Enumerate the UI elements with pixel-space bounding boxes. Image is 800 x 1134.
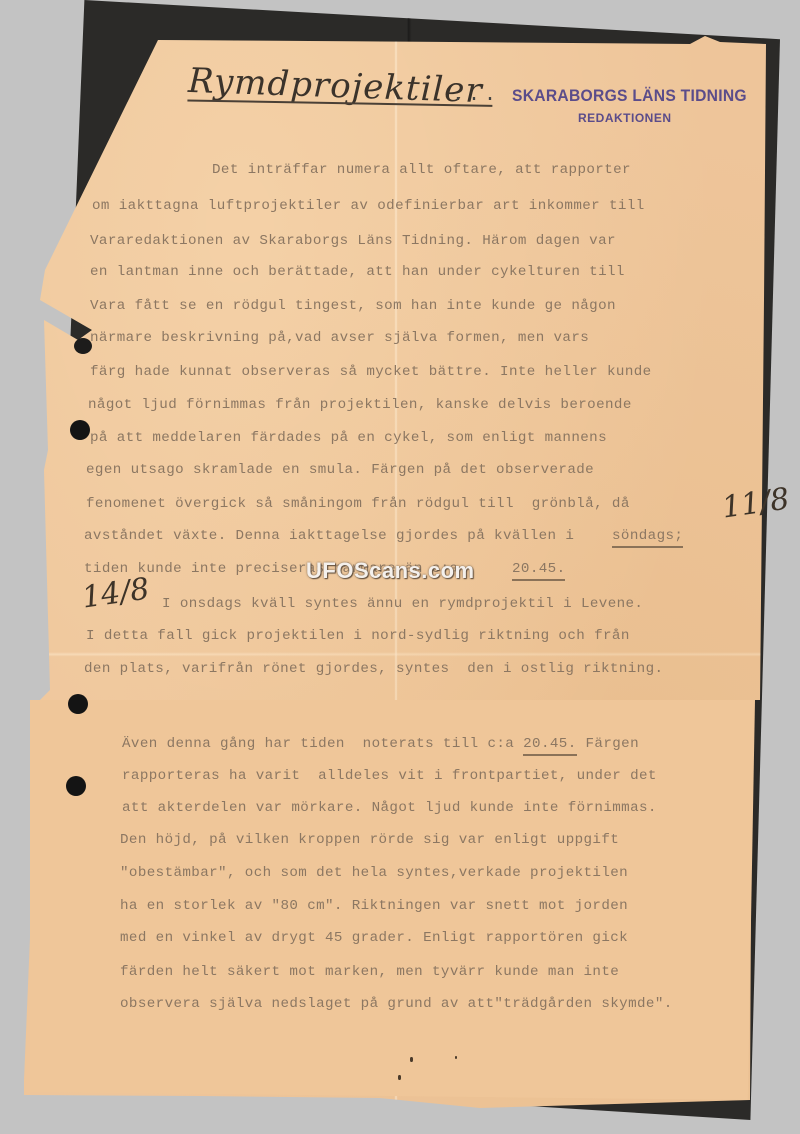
text-line: med en vinkel av drygt 45 grader. Enligt…	[120, 930, 628, 946]
stamp-department: REDAKTIONEN	[578, 111, 672, 125]
ink-speck	[455, 1056, 457, 1059]
ink-speck	[410, 1057, 413, 1062]
text-line: rapporteras ha varit alldeles vit i fron…	[122, 768, 657, 784]
text-line: ha en storlek av "80 cm". Riktningen var…	[120, 898, 628, 914]
text-line: om iakttagna luftprojektiler av odefinie…	[92, 198, 645, 214]
punch-hole	[66, 776, 86, 796]
text-line: Även denna gång har tiden noterats till …	[122, 736, 639, 752]
text-line: egen utsago skramlade en smula. Färgen p…	[86, 462, 594, 478]
text-line: färg hade kunnat observeras så mycket bä…	[90, 364, 652, 380]
underlined-time: 20.45.	[512, 561, 565, 581]
newspaper-stamp: SKARABORGS LÄNS TIDNING	[512, 86, 747, 106]
text-line: observera själva nedslaget på grund av a…	[120, 996, 673, 1012]
text-line: en lantman inne och berättade, att han u…	[90, 264, 625, 280]
text-line: Det inträffar numera allt oftare, att ra…	[212, 162, 631, 178]
text-line: på att meddelaren färdades på en cykel, …	[90, 430, 607, 446]
underlined-day: söndags;	[612, 528, 683, 548]
text-line: Vararedaktionen av Skaraborgs Läns Tidni…	[90, 233, 616, 249]
text-line: färden helt säkert mot marken, men tyvär…	[120, 964, 619, 980]
underlined-time: 20.45.	[523, 736, 576, 756]
text-line: närmare beskrivning på,vad avser själva …	[90, 330, 589, 346]
title-dots: ...	[452, 84, 500, 107]
text-line: Den höjd, på vilken kroppen rörde sig va…	[120, 832, 619, 848]
text-line: att akterdelen var mörkare. Något ljud k…	[122, 800, 657, 816]
ink-speck	[398, 1075, 401, 1080]
text-line: "obestämbar", och som det hela syntes,ve…	[120, 865, 628, 881]
text-line: I detta fall gick projektilen i nord-syd…	[86, 628, 630, 644]
punch-hole	[70, 420, 90, 440]
text-line: den plats, varifrån rönet gjordes, synte…	[84, 661, 663, 677]
text-line: avståndet växte. Denna iakttagelse gjord…	[84, 528, 574, 544]
text-line: något ljud förnimmas från projektilen, k…	[88, 397, 632, 413]
text-line: fenomenet övergick så småningom från röd…	[86, 496, 630, 512]
text-line: Vara fått se en rödgul tingest, som han …	[90, 298, 616, 314]
punch-hole	[68, 694, 88, 714]
text-line: I onsdags kväll syntes ännu en rymdproje…	[162, 596, 643, 612]
watermark: UFOScans.com	[306, 558, 475, 584]
